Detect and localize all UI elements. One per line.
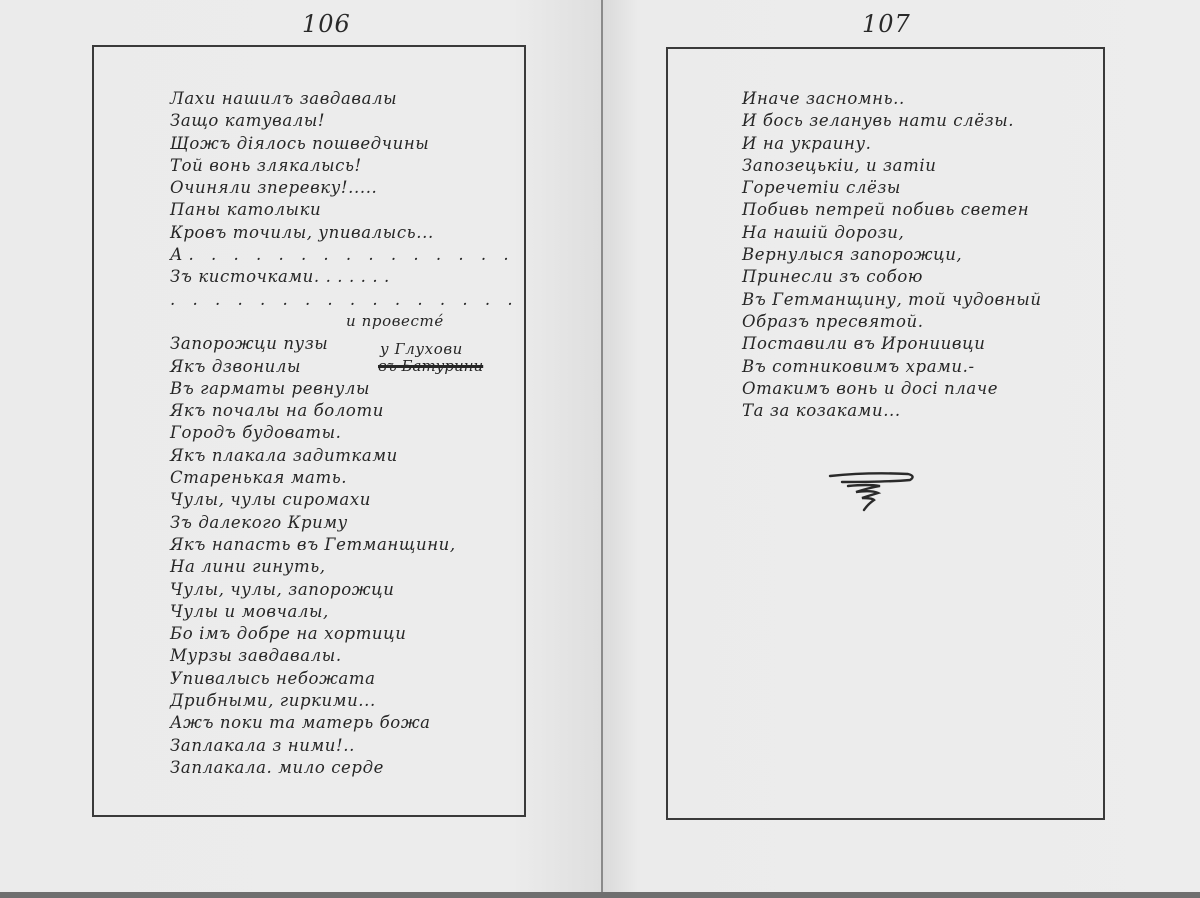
text-line: Вернулыся запорожци, (742, 244, 1042, 266)
text-line: Поставили въ Ирониивци (742, 333, 1042, 355)
text-line: Мурзы завдавалы. (170, 645, 519, 667)
text-line: Защо катувалы! (170, 110, 519, 132)
text-line: Щожъ дiялось пошведчины (170, 133, 519, 155)
text-line: И на украину. (742, 133, 1042, 155)
text-line: На нашiй дорози, (742, 222, 1042, 244)
text-line: Въ гарматы ревнулы (170, 378, 519, 400)
text-line: Заплакала. мило серде (170, 757, 519, 779)
text-line: Якъ плакала задитками (170, 445, 519, 467)
text-line: А. . . . . . . . . . . . . . . (170, 244, 519, 266)
text-line (170, 311, 519, 333)
text-line: Чулы и мовчалы, (170, 601, 519, 623)
text-line: Старенькая мать. (170, 467, 519, 489)
text-line: Якъ напасть въ Гетманщини, (170, 534, 519, 556)
text-line: Бо iмъ добре на хортици (170, 623, 519, 645)
text-line: Запорожци пузы (170, 333, 519, 355)
left-page-text: Лахи нашилъ завдавалы Защо катувалы! Щож… (170, 88, 519, 779)
struck-out-text: въ Батурини (378, 357, 483, 375)
right-page-text: Иначе засномнь.. И бось зеланувь нати сл… (742, 88, 1042, 422)
text-line: Упивалысь небожата (170, 668, 519, 690)
text-line: Запозецькiи, и затiи (742, 155, 1042, 177)
interlinear-insertion: и провестé (346, 312, 444, 330)
manuscript-spread: 106 107 Лахи нашилъ завдавалы Защо катув… (0, 0, 1200, 898)
text-line: . . . . . . . . . . . . . . . . (170, 289, 519, 311)
text-line: Якъ почалы на болоти (170, 400, 519, 422)
book-bottom-edge (0, 892, 1200, 898)
text-line: Зъ кисточками. . . . . . . (170, 266, 519, 288)
right-page-number: 107 (862, 10, 911, 38)
left-page-number: 106 (302, 10, 351, 38)
text-line: Побивь петрей побивь светен (742, 199, 1042, 221)
text-line: Образъ пресвятой. (742, 311, 1042, 333)
flourish-end-mark-icon (828, 468, 918, 513)
text-line: Кровъ точилы, упивалысь... (170, 222, 519, 244)
replacement-insertion: у Глухови (380, 340, 463, 358)
text-line: Горечетiи слёзы (742, 177, 1042, 199)
text-line: Въ сотниковимъ храми.- (742, 356, 1042, 378)
text-line: Чулы, чулы, запорожци (170, 579, 519, 601)
text-line: Зъ далекого Криму (170, 512, 519, 534)
text-line: Дрибными, гиркими... (170, 690, 519, 712)
text-line: На лини гинуть, (170, 556, 519, 578)
text-line: Очиняли зперевку!..... (170, 177, 519, 199)
text-line: Заплакала з ними!.. (170, 735, 519, 757)
text-line: Въ Гетманщину, той чудовный (742, 289, 1042, 311)
text-line: И бось зеланувь нати слёзы. (742, 110, 1042, 132)
text-line: Чулы, чулы сиромахи (170, 489, 519, 511)
text-line: Паны католыки (170, 199, 519, 221)
text-line: Отакимъ вонь и досi плаче (742, 378, 1042, 400)
text-line: Ажъ поки та матерь божа (170, 712, 519, 734)
text-line: Та за козаками... (742, 400, 1042, 422)
text-line: Иначе засномнь.. (742, 88, 1042, 110)
text-line: Той вонь злякалысь! (170, 155, 519, 177)
text-line: Принесли зъ собою (742, 266, 1042, 288)
text-line: Лахи нашилъ завдавалы (170, 88, 519, 110)
book-gutter (601, 0, 603, 892)
text-line: Городъ будоваты. (170, 422, 519, 444)
